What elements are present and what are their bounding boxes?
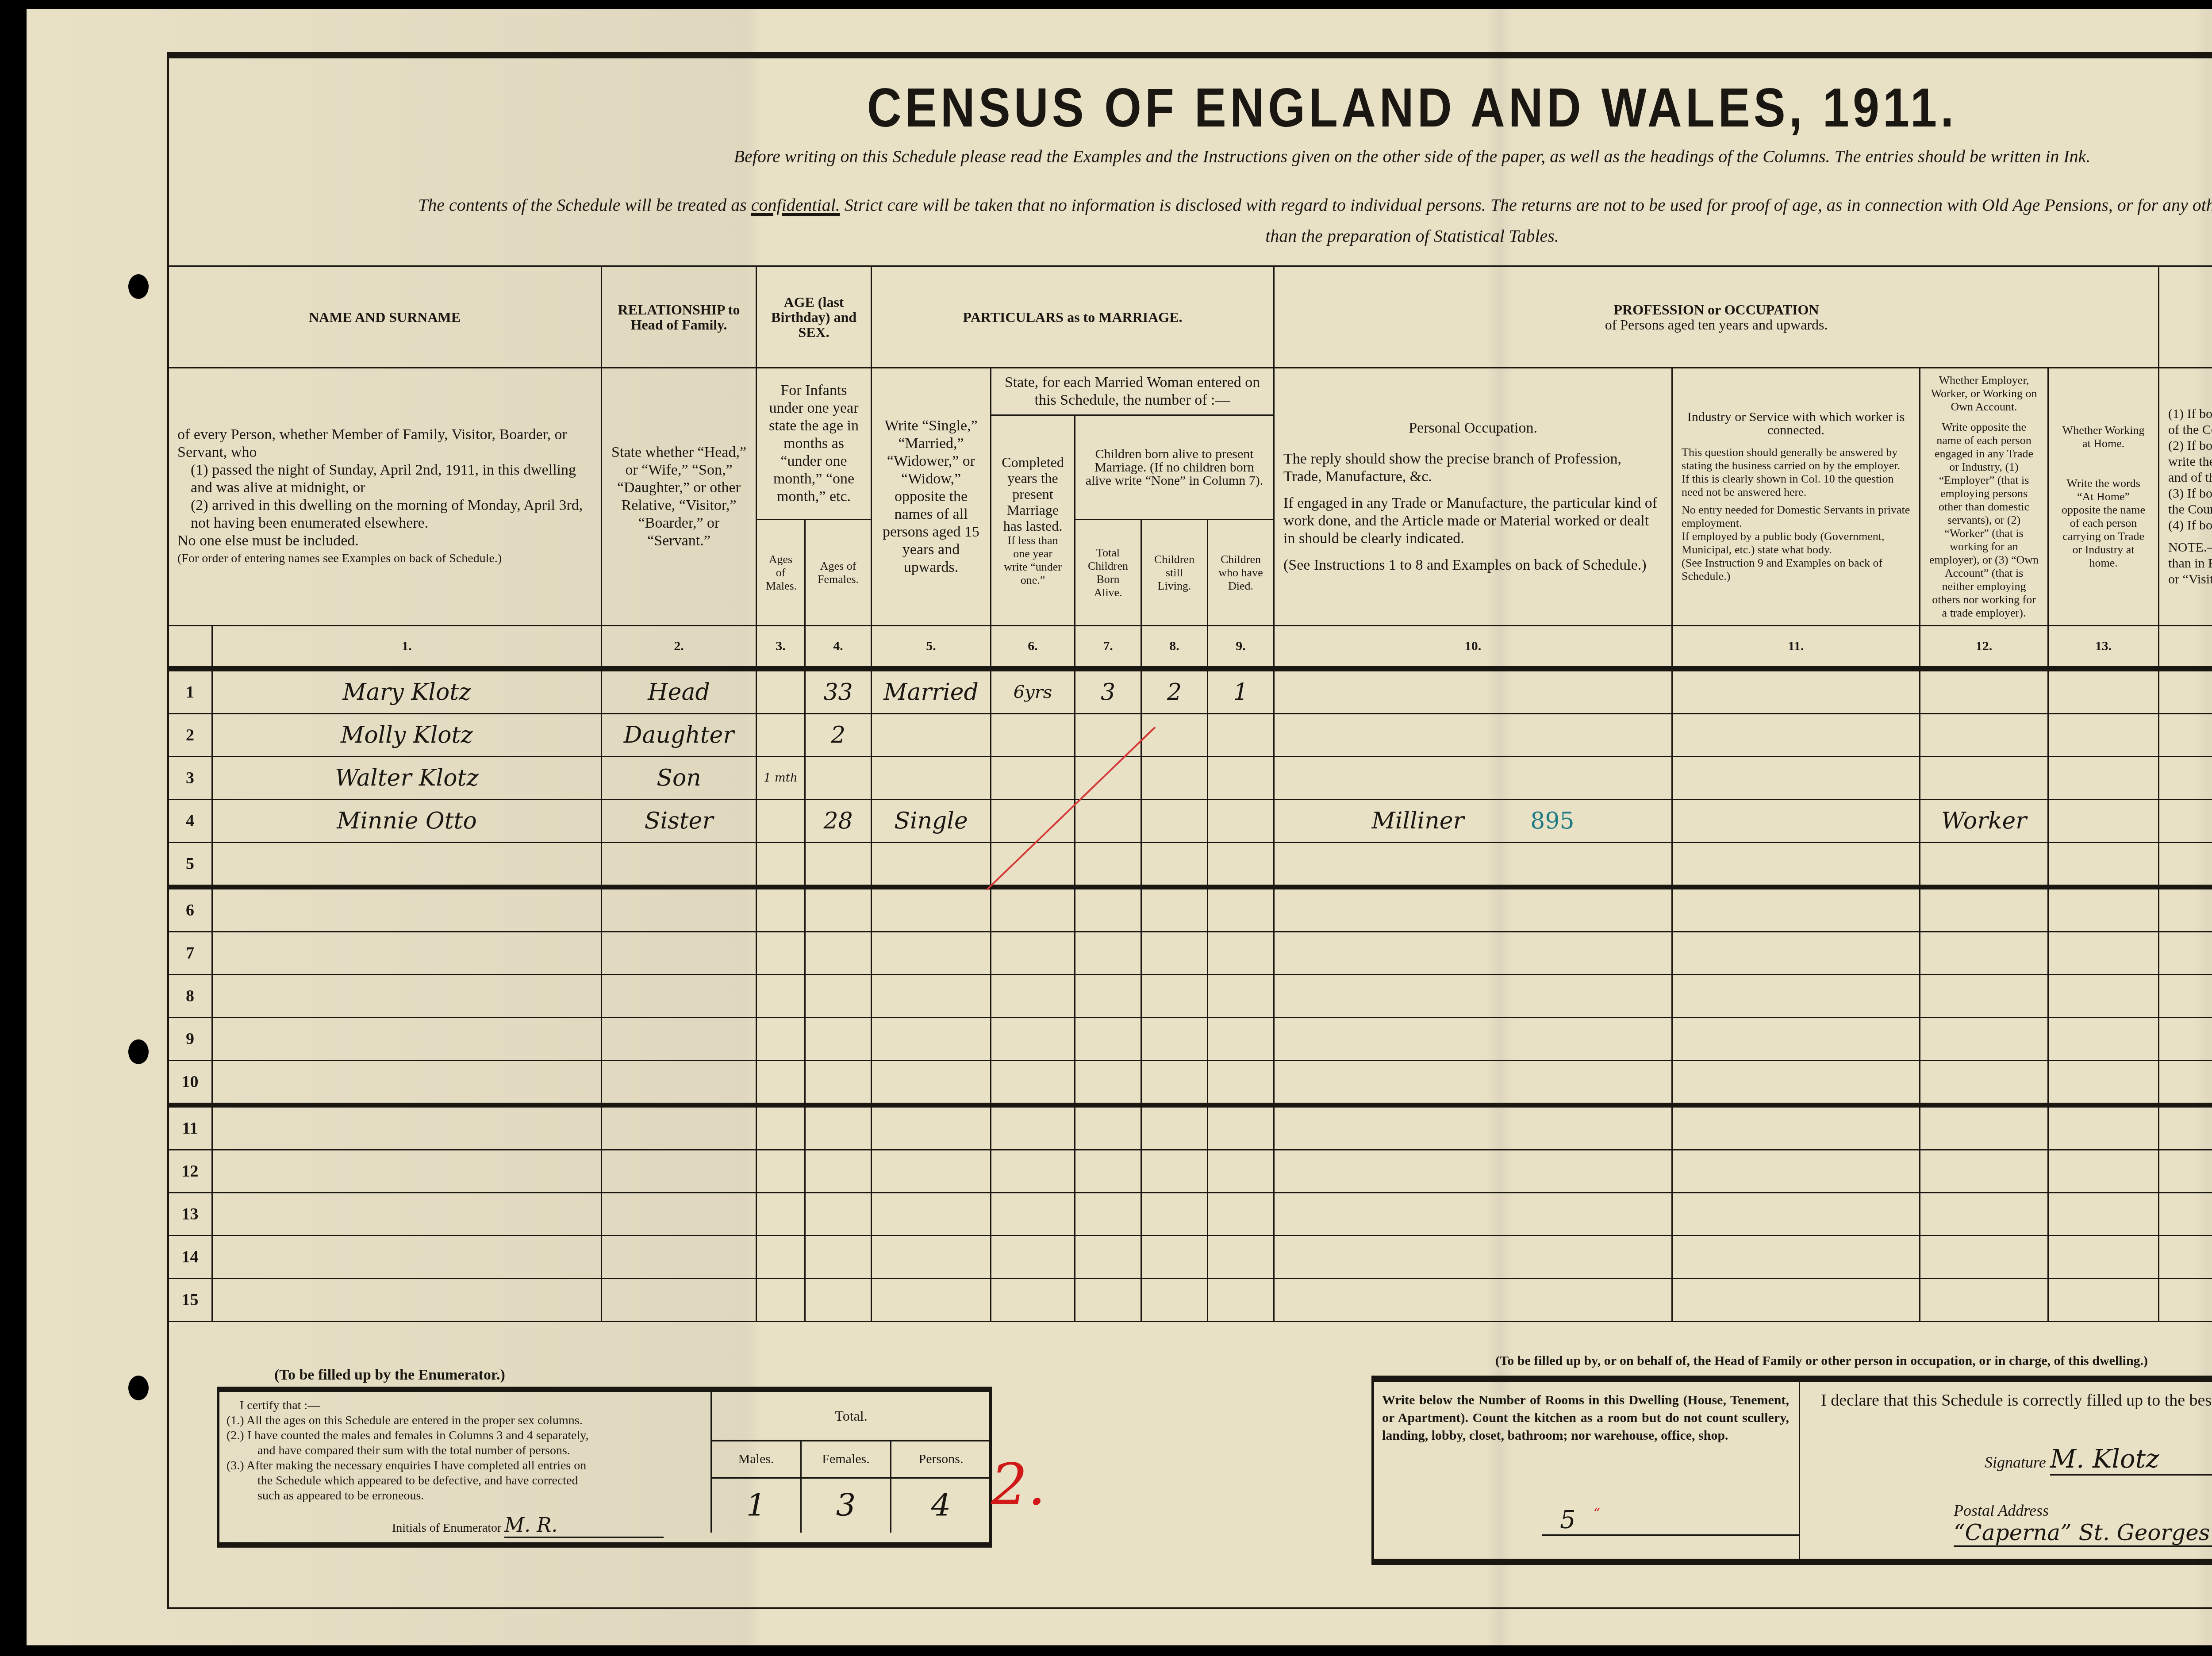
industry-cell[interactable] (1672, 932, 1920, 975)
children-living-cell[interactable] (1141, 1193, 1208, 1236)
male-age-cell[interactable] (757, 1193, 805, 1236)
name-cell[interactable] (212, 843, 602, 887)
name-cell[interactable] (212, 887, 602, 932)
relationship-cell[interactable] (602, 843, 757, 887)
occupation-cell[interactable] (1274, 714, 1672, 757)
enumerator-initials-value[interactable]: M. R. (504, 1514, 664, 1538)
marital-status-cell[interactable] (872, 1150, 991, 1193)
female-age-cell[interactable] (805, 975, 872, 1018)
column-number-row: 1. 2. 3. 4. 5. 6. 7. 8. 9. 10. 11. 12. 1… (168, 626, 2212, 669)
at-home-cell[interactable] (2048, 932, 2159, 975)
row-number: 3 (168, 757, 212, 800)
name-cell[interactable]: Walter Klotz (212, 757, 602, 800)
employer-instructions: Whether Employer, Worker, or Working on … (1920, 368, 2048, 626)
children-died-cell[interactable] (1208, 1279, 1274, 1322)
children-died-header: Children who have Died. (1208, 520, 1274, 626)
occupation-text: Milliner (1371, 808, 1464, 834)
row-number: 5 (168, 843, 212, 887)
occupation-code: 895 (1530, 808, 1574, 834)
male-age-cell[interactable] (757, 975, 805, 1018)
children-died-cell[interactable] (1208, 714, 1274, 757)
certificate-text: I certify that :— (1.) All the ages on t… (227, 1398, 704, 1503)
birthplace-instructions: (1) If born in the United Kingdom, write… (2159, 368, 2212, 626)
relationship-cell[interactable]: Son (602, 757, 757, 800)
female-age-cell[interactable] (805, 1193, 872, 1236)
census-table: NAME AND SURNAME RELATIONSHIP to Head of… (167, 265, 2212, 1322)
occupation-cell[interactable] (1274, 669, 1672, 714)
name-cell[interactable] (212, 1150, 602, 1193)
name-cell[interactable]: Molly Klotz (212, 714, 602, 757)
occupation-cell[interactable] (1274, 1018, 1672, 1061)
table-row: 10 (168, 1061, 2212, 1105)
birthplace-cell[interactable]: Durham E. Boldon (2159, 669, 2212, 714)
industry-cell[interactable] (1672, 1150, 1920, 1193)
marriage-years-cell[interactable] (991, 1061, 1075, 1105)
marital-status-cell[interactable] (872, 1279, 991, 1322)
name-cell[interactable] (212, 1018, 602, 1061)
children-living-cell[interactable] (1141, 1279, 1208, 1322)
header-marriage: PARTICULARS as to MARRIAGE. (872, 266, 1274, 368)
children-living-cell[interactable] (1141, 1236, 1208, 1279)
marital-status-cell[interactable] (872, 1236, 991, 1279)
females-header: Ages of Females. (805, 520, 872, 626)
at-home-cell[interactable] (2048, 1193, 2159, 1236)
children-living-cell[interactable] (1141, 1018, 1208, 1061)
children-died-cell[interactable] (1208, 1193, 1274, 1236)
marriage-years-cell[interactable] (991, 1279, 1075, 1322)
children-living-header: Children still Living. (1141, 520, 1208, 626)
table-row: 6 (168, 887, 2212, 932)
relationship-cell[interactable] (602, 1279, 757, 1322)
totals-females: Females. 3 (802, 1441, 891, 1533)
relationship-cell[interactable] (602, 975, 757, 1018)
female-age-cell[interactable] (805, 887, 872, 932)
children-died-cell[interactable] (1208, 1150, 1274, 1193)
relationship-cell[interactable] (602, 1193, 757, 1236)
enumerator-heading: (To be filled up by the Enumerator.) (274, 1367, 505, 1384)
header-birthplace: BIRTHPLACEof every person. (2159, 266, 2212, 368)
children-born-cell[interactable] (1075, 1193, 1141, 1236)
at-home-cell[interactable] (2048, 1061, 2159, 1105)
marital-status-cell[interactable] (872, 887, 991, 932)
occupation-cell[interactable] (1274, 932, 1672, 975)
employer-status-cell[interactable] (1920, 1150, 2048, 1193)
relationship-cell[interactable] (602, 932, 757, 975)
persons-total-value[interactable]: 4 (891, 1479, 991, 1532)
male-age-cell[interactable] (757, 1018, 805, 1061)
row-number: 4 (168, 800, 212, 843)
row-number: 8 (168, 975, 212, 1018)
totals-persons: Persons. 4 (891, 1441, 991, 1533)
row-number: 11 (168, 1105, 212, 1150)
birthplace-cell[interactable] (2159, 887, 2212, 932)
occupation-cell[interactable] (1274, 1150, 1672, 1193)
row-number: 9 (168, 1018, 212, 1061)
employer-status-cell[interactable] (1920, 887, 2048, 932)
children-born-cell[interactable] (1075, 887, 1141, 932)
relationship-cell[interactable] (602, 1061, 757, 1105)
marriage-years-cell[interactable] (991, 1236, 1075, 1279)
header-age: AGE (last Birthday) and SEX. (757, 266, 872, 368)
male-age-cell[interactable] (757, 1105, 805, 1150)
punch-hole (128, 1039, 149, 1064)
children-died-cell[interactable] (1208, 843, 1274, 887)
female-age-cell[interactable] (805, 1150, 872, 1193)
employer-status-cell[interactable] (1920, 932, 2048, 975)
marriage-years-cell[interactable] (991, 975, 1075, 1018)
at-home-cell[interactable] (2048, 1105, 2159, 1150)
children-born-cell[interactable] (1075, 932, 1141, 975)
rooms-value[interactable]: 5“ (1542, 1506, 1799, 1536)
male-age-cell[interactable] (757, 669, 805, 714)
relationship-cell[interactable] (602, 887, 757, 932)
marital-status-cell[interactable] (872, 757, 991, 800)
children-born-cell[interactable] (1075, 1105, 1141, 1150)
marriage-years-cell[interactable] (991, 932, 1075, 975)
male-age-cell[interactable] (757, 1061, 805, 1105)
children-living-cell[interactable]: 2 (1141, 669, 1208, 714)
table-row: 9 (168, 1018, 2212, 1061)
children-born-cell[interactable] (1075, 1279, 1141, 1322)
household-heading: (To be filled up by, or on behalf of, th… (1495, 1353, 2148, 1368)
children-died-cell[interactable] (1208, 1018, 1274, 1061)
industry-cell[interactable] (1672, 1061, 1920, 1105)
postal-address-line: Postal Address “Caperna” St. Georges Ter… (1954, 1501, 2212, 1547)
confidential-notice-line-2: than the preparation of Statistical Tabl… (0, 226, 2212, 246)
marriage-years-cell[interactable] (991, 800, 1075, 843)
marital-status-cell[interactable] (872, 714, 991, 757)
table-row: 14 (168, 1236, 2212, 1279)
home-instructions: Whether Working at Home. Write the words… (2048, 368, 2159, 626)
marriage-years-instructions: Completed years the present Marriage has… (991, 415, 1075, 626)
employer-status-cell[interactable] (1920, 1279, 2048, 1322)
employer-status-cell[interactable] (1920, 1018, 2048, 1061)
table-row: 3Walter KlotzSon1 mthDurham E. Boldon (168, 757, 2212, 800)
industry-cell[interactable] (1672, 669, 1920, 714)
signature-value[interactable]: M. Klotz (2050, 1444, 2212, 1476)
at-home-cell[interactable] (2048, 800, 2159, 843)
industry-cell[interactable] (1672, 1018, 1920, 1061)
at-home-cell[interactable] (2048, 887, 2159, 932)
punch-hole (128, 274, 149, 299)
table-row: 11 (168, 1105, 2212, 1150)
birthplace-cell[interactable]: Durham E. Boldon (2159, 800, 2212, 843)
totals-males: Males. 1 (712, 1441, 802, 1533)
instruction-line: Before writing on this Schedule please r… (0, 146, 2212, 167)
married-woman-instructions: State, for each Married Woman entered on… (991, 368, 1274, 415)
at-home-cell[interactable] (2048, 1018, 2159, 1061)
marital-status-cell[interactable] (872, 1061, 991, 1105)
marital-status-cell[interactable]: Married (872, 669, 991, 714)
birthplace-cell[interactable] (2159, 1150, 2212, 1193)
children-born-cell[interactable] (1075, 975, 1141, 1018)
male-age-cell[interactable] (757, 800, 805, 843)
children-born-cell[interactable] (1075, 1150, 1141, 1193)
table-row: 8 (168, 975, 2212, 1018)
name-cell[interactable]: Mary Klotz (212, 669, 602, 714)
rooms-section: Write below the Number of Rooms in this … (1374, 1382, 1800, 1559)
children-died-cell[interactable] (1208, 757, 1274, 800)
occupation-cell[interactable] (1274, 975, 1672, 1018)
marital-status-cell[interactable] (872, 932, 991, 975)
birthplace-cell[interactable] (2159, 1061, 2212, 1105)
males-total-value[interactable]: 1 (712, 1479, 800, 1532)
marital-status-cell[interactable] (872, 1105, 991, 1150)
children-born-cell[interactable] (1075, 1018, 1141, 1061)
birthplace-cell[interactable]: Durham E. Boldon (2159, 757, 2212, 800)
declaration-text: I declare that this Schedule is correctl… (1821, 1391, 2212, 1410)
row-number: 1 (168, 669, 212, 714)
page-title: CENSUS OF ENGLAND AND WALES, 1911. (0, 76, 2212, 139)
birthplace-cell[interactable] (2159, 1279, 2212, 1322)
industry-cell[interactable] (1672, 887, 1920, 932)
children-died-cell[interactable] (1208, 800, 1274, 843)
table-row: 12 (168, 1150, 2212, 1193)
female-age-cell[interactable] (805, 1105, 872, 1150)
table-row: 15 (168, 1279, 2212, 1322)
table-row: 5 (168, 843, 2212, 887)
header-name: NAME AND SURNAME (168, 266, 602, 368)
row-number: 14 (168, 1236, 212, 1279)
at-home-cell[interactable] (2048, 975, 2159, 1018)
employer-status-cell[interactable] (1920, 669, 2048, 714)
punch-hole (128, 1376, 149, 1400)
birthplace-cell[interactable] (2159, 843, 2212, 887)
enumerator-certificate-box: I certify that :— (1.) All the ages on t… (217, 1387, 992, 1548)
rooms-instructions: Write below the Number of Rooms in this … (1382, 1391, 1789, 1445)
marriage-years-cell[interactable] (991, 887, 1075, 932)
name-cell[interactable] (212, 932, 602, 975)
at-home-cell[interactable] (2048, 714, 2159, 757)
signature-line: Signature M. Klotz (1985, 1444, 2212, 1476)
name-cell[interactable] (212, 975, 602, 1018)
occupation-cell[interactable] (1274, 1236, 1672, 1279)
marriage-years-cell[interactable] (991, 1193, 1075, 1236)
children-died-cell[interactable] (1208, 887, 1274, 932)
occupation-cell[interactable] (1274, 757, 1672, 800)
male-age-cell[interactable]: 1 mth (757, 757, 805, 800)
children-born-cell[interactable] (1075, 1061, 1141, 1105)
children-living-cell[interactable] (1141, 757, 1208, 800)
personal-occupation-instructions: Personal Occupation. The reply should sh… (1274, 368, 1672, 626)
female-age-cell[interactable] (805, 1236, 872, 1279)
marriage-years-cell[interactable] (991, 1150, 1075, 1193)
occupation-cell[interactable] (1274, 887, 1672, 932)
name-cell[interactable]: Minnie Otto (212, 800, 602, 843)
industry-cell[interactable] (1672, 1236, 1920, 1279)
occupation-cell[interactable] (1274, 843, 1672, 887)
at-home-cell[interactable] (2048, 669, 2159, 714)
male-age-cell[interactable] (757, 887, 805, 932)
birthplace-cell[interactable] (2159, 1105, 2212, 1150)
table-row: 13 (168, 1193, 2212, 1236)
relationship-cell[interactable]: Head (602, 669, 757, 714)
row-number: 7 (168, 932, 212, 975)
marriage-years-cell[interactable] (991, 1105, 1075, 1150)
children-living-cell[interactable] (1141, 843, 1208, 887)
children-born-cell[interactable] (1075, 800, 1141, 843)
children-died-cell[interactable]: 1 (1208, 669, 1274, 714)
marriage-status-instructions: Write “Single,” “Married,” “Widower,” or… (872, 368, 991, 626)
employer-status-cell[interactable] (1920, 1061, 2048, 1105)
children-living-cell[interactable] (1141, 800, 1208, 843)
marriage-years-cell[interactable] (991, 1018, 1075, 1061)
children-living-cell[interactable] (1141, 932, 1208, 975)
totals-label: Total. (712, 1392, 991, 1441)
confidential-underlined: confidential. (751, 195, 840, 215)
children-living-cell[interactable] (1141, 975, 1208, 1018)
male-age-cell[interactable] (757, 1150, 805, 1193)
household-declaration-box: Write below the Number of Rooms in this … (1371, 1376, 2212, 1565)
female-age-cell[interactable] (805, 1279, 872, 1322)
birthplace-cell[interactable] (2159, 932, 2212, 975)
marital-status-cell[interactable] (872, 1193, 991, 1236)
children-died-cell[interactable] (1208, 1105, 1274, 1150)
relationship-cell[interactable] (602, 1018, 757, 1061)
row-number: 10 (168, 1061, 212, 1105)
birthplace-cell[interactable] (2159, 1018, 2212, 1061)
female-age-cell[interactable]: 33 (805, 669, 872, 714)
row-number: 12 (168, 1150, 212, 1193)
header-occupation: PROFESSION or OCCUPATIONof Persons aged … (1274, 266, 2159, 368)
children-living-cell[interactable] (1141, 714, 1208, 757)
children-died-cell[interactable] (1208, 932, 1274, 975)
female-age-cell[interactable]: 28 (805, 800, 872, 843)
male-age-cell[interactable] (757, 843, 805, 887)
children-living-cell[interactable] (1141, 1150, 1208, 1193)
birthplace-cell[interactable]: Durham E. Boldon (2159, 714, 2212, 757)
relationship-cell[interactable] (602, 1236, 757, 1279)
children-born-cell[interactable] (1075, 843, 1141, 887)
female-age-cell[interactable] (805, 757, 872, 800)
confidential-notice: The contents of the Schedule will be tre… (0, 195, 2212, 215)
name-cell[interactable] (212, 1236, 602, 1279)
employer-status-cell[interactable] (1920, 757, 2048, 800)
employer-status-cell[interactable] (1920, 1105, 2048, 1150)
occupation-cell[interactable] (1274, 1105, 1672, 1150)
at-home-cell[interactable] (2048, 843, 2159, 887)
employer-status-cell[interactable] (1920, 714, 2048, 757)
children-born-cell[interactable] (1075, 1236, 1141, 1279)
marriage-years-cell[interactable]: 6yrs (991, 669, 1075, 714)
at-home-cell[interactable] (2048, 757, 2159, 800)
female-age-cell[interactable]: 2 (805, 714, 872, 757)
males-header: Ages of Males. (757, 520, 805, 626)
name-cell[interactable] (212, 1193, 602, 1236)
employer-status-cell[interactable] (1920, 1193, 2048, 1236)
age-instructions: For Infants under one year state the age… (757, 368, 872, 520)
male-age-cell[interactable] (757, 1236, 805, 1279)
industry-cell[interactable] (1672, 757, 1920, 800)
occupation-cell[interactable] (1274, 1193, 1672, 1236)
industry-cell[interactable] (1672, 800, 1920, 843)
marital-status-cell[interactable] (872, 843, 991, 887)
birthplace-cell[interactable] (2159, 1193, 2212, 1236)
occupation-cell[interactable] (1274, 1061, 1672, 1105)
female-age-cell[interactable] (805, 932, 872, 975)
enumerator-red-mark: 2. (991, 1451, 1046, 1518)
name-instructions: of every Person, whether Member of Famil… (168, 368, 602, 626)
header-relationship: RELATIONSHIP to Head of Family. (602, 266, 757, 368)
employer-status-cell[interactable] (1920, 843, 2048, 887)
marriage-years-cell[interactable] (991, 757, 1075, 800)
enumerator-initials: Initials of Enumerator M. R. (392, 1514, 664, 1538)
marital-status-cell[interactable]: Single (872, 800, 991, 843)
marriage-years-cell[interactable] (991, 843, 1075, 887)
at-home-cell[interactable] (2048, 1279, 2159, 1322)
table-row: 4Minnie OttoSister28SingleMilliner895Wor… (168, 800, 2212, 843)
birthplace-cell[interactable] (2159, 1236, 2212, 1279)
relationship-cell[interactable] (602, 1105, 757, 1150)
employer-status-cell[interactable] (1920, 975, 2048, 1018)
industry-instructions: Industry or Service with which worker is… (1672, 368, 1920, 626)
male-age-cell[interactable] (757, 932, 805, 975)
relationship-cell[interactable]: Sister (602, 800, 757, 843)
birthplace-cell[interactable] (2159, 975, 2212, 1018)
marital-status-cell[interactable] (872, 1018, 991, 1061)
relationship-cell[interactable]: Daughter (602, 714, 757, 757)
postal-address-value[interactable]: “Caperna” St. Georges Ter. East Boldon (1954, 1520, 2212, 1547)
name-cell[interactable] (212, 1279, 602, 1322)
row-number: 6 (168, 887, 212, 932)
children-instructions: Children born alive to present Marriage.… (1075, 415, 1274, 520)
male-age-cell[interactable] (757, 1279, 805, 1322)
row-number: 15 (168, 1279, 212, 1322)
marriage-years-cell[interactable] (991, 714, 1075, 757)
occupation-cell[interactable] (1274, 1279, 1672, 1322)
row-number: 2 (168, 714, 212, 757)
females-total-value[interactable]: 3 (802, 1479, 890, 1532)
industry-cell[interactable] (1672, 714, 1920, 757)
children-living-cell[interactable] (1141, 1061, 1208, 1105)
at-home-cell[interactable] (2048, 1236, 2159, 1279)
row-number: 13 (168, 1193, 212, 1236)
table-row: 1Mary KlotzHead33Married6yrs321Durham E.… (168, 669, 2212, 714)
industry-cell[interactable] (1672, 843, 1920, 887)
name-cell[interactable] (212, 1105, 602, 1150)
male-age-cell[interactable] (757, 714, 805, 757)
industry-cell[interactable] (1672, 1279, 1920, 1322)
children-died-cell[interactable] (1208, 1236, 1274, 1279)
table-row: 2Molly KlotzDaughter2Durham E. Boldon (168, 714, 2212, 757)
children-born-cell[interactable]: 3 (1075, 669, 1141, 714)
industry-cell[interactable] (1672, 1193, 1920, 1236)
occupation-cell[interactable]: Milliner895 (1274, 800, 1672, 843)
relationship-instructions: State whether “Head,” or “Wife,” “Son,” … (602, 368, 757, 626)
employer-status-cell[interactable] (1920, 1236, 2048, 1279)
children-living-cell[interactable] (1141, 887, 1208, 932)
marital-status-cell[interactable] (872, 975, 991, 1018)
children-died-cell[interactable] (1208, 1061, 1274, 1105)
children-died-cell[interactable] (1208, 975, 1274, 1018)
employer-status-cell[interactable]: Worker (1920, 800, 2048, 843)
name-cell[interactable] (212, 1061, 602, 1105)
relationship-cell[interactable] (602, 1150, 757, 1193)
table-row: 7 (168, 932, 2212, 975)
industry-cell[interactable] (1672, 1105, 1920, 1150)
female-age-cell[interactable] (805, 843, 872, 887)
children-born-header: Total Children Born Alive. (1075, 520, 1141, 626)
female-age-cell[interactable] (805, 1018, 872, 1061)
totals-table: Total. Males. 1 Females. 3 Persons. 4 (710, 1392, 991, 1533)
female-age-cell[interactable] (805, 1061, 872, 1105)
children-living-cell[interactable] (1141, 1105, 1208, 1150)
industry-cell[interactable] (1672, 975, 1920, 1018)
at-home-cell[interactable] (2048, 1150, 2159, 1193)
